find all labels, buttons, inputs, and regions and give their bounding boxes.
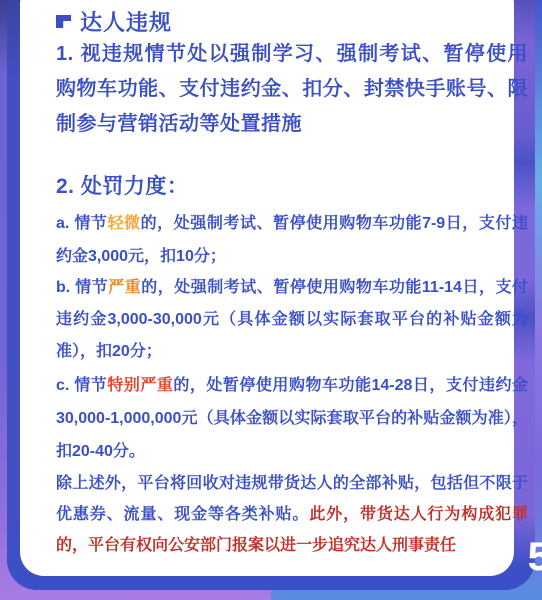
page-number: 5 [528,535,542,580]
penalty-heading: 2. 处罚力度： [56,170,528,200]
penalty-item-a: a. 情节轻微的，处强制考试、暂停使用购物车功能7-9日，支付违约金3,000元… [56,207,528,273]
penalty-c-prefix: c. 情节 [56,377,107,394]
closing-paragraph: 除上述外，平台将回收对违规带货达人的全部补贴，包括但不限于优惠券、流量、现金等各… [56,468,528,561]
penalty-c-severity: 特别严重 [107,377,173,394]
section-title: 达人违规 [80,6,172,37]
penalty-item-c: c. 情节特别严重的，处暂停使用购物车功能14-28日，支付违约金30,000-… [56,369,528,468]
penalty-b-severity: 严重 [108,279,141,296]
penalty-a-severity: 轻微 [107,215,140,232]
card-content: 达人违规 1. 视违规情节处以强制学习、强制考试、暂停使用购物车功能、支付违约金… [56,0,528,560]
penalty-item-b: b. 情节严重的，处强制考试、暂停使用购物车功能11-14日，支付违约金3,00… [56,272,528,368]
measures-paragraph: 1. 视违规情节处以强制学习、强制考试、暂停使用购物车功能、支付违约金、扣分、封… [56,37,528,142]
section-title-row: 达人违规 [56,6,528,37]
poster: 达人违规 1. 视违规情节处以强制学习、强制考试、暂停使用购物车功能、支付违约金… [0,0,542,600]
corner-flag-icon [56,15,71,28]
penalty-a-prefix: a. 情节 [56,215,107,232]
penalty-b-prefix: b. 情节 [56,279,108,296]
content-card: 达人违规 1. 视违规情节处以强制学习、强制考试、暂停使用购物车功能、支付违约金… [20,0,514,576]
